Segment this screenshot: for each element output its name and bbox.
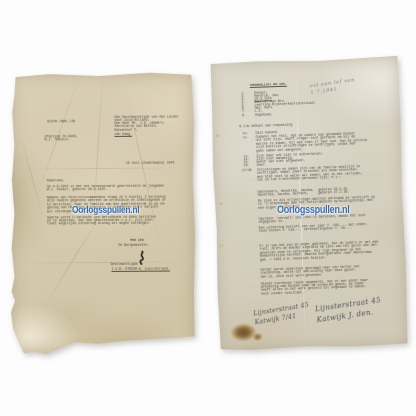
question-13-16-numbers: 13.14.15.16. xyxy=(243,156,249,169)
handwritten-note: ovl aan lef van1.7.1941 xyxy=(309,77,356,97)
watermark-right: Oorlogsspullen.nl xyxy=(277,204,349,216)
question-11-answer: Ondanks het feit, dat de ouders van geno… xyxy=(256,133,368,154)
question-17-answer: Inlichtingen en namen zijn van de famili… xyxy=(257,166,363,184)
paper-spot xyxy=(219,202,223,205)
sender-block: afdeling IV-5050,W.J. Theunis. xyxy=(44,136,77,143)
question-numbers: 1.2.3.4.5.6.7.8. xyxy=(241,93,246,118)
question-17-number: 17/18 xyxy=(242,169,252,173)
paper-crease xyxy=(19,132,45,224)
letter-date: 18 Juni (Zomermaand) 1943 xyxy=(126,163,175,167)
signature-left: Lijnsterstraat 45Katwijk 7/41 xyxy=(253,301,311,328)
signature-right: Lijnsterstraat 45Katwijk J. den. xyxy=(315,295,384,326)
watermark-left: Oorlogsspullen.nl xyxy=(72,204,139,216)
signature-ink xyxy=(137,251,146,265)
paper-spot xyxy=(216,134,220,137)
question-9-number: 9 t/m 10 xyxy=(239,125,255,129)
closing-role: De Burgemeester, xyxy=(118,244,149,248)
recipient-city: Den Haag. xyxy=(114,133,132,137)
paragraph-e: Verder wordt onderzoek gevraagd naar een… xyxy=(260,266,360,280)
paragraph-c: Een uitkering betreft van per jaar f. 10… xyxy=(259,223,368,234)
photo-of-documents: B/STR./BAV./JB afdeling IV-5050,W.J. The… xyxy=(0,0,416,416)
paragraph-d: Er is van het een en ander gebleken, dat… xyxy=(259,242,379,263)
fold-line xyxy=(14,167,190,169)
paragraph-3: Gaarne wordt U verzocht den betrokkene t… xyxy=(47,216,156,227)
salutation: Kameraad, xyxy=(47,180,65,184)
paragraph-1: Op 4-6-1943 is met het bovenvermeld gear… xyxy=(47,185,164,193)
recipient-block: Den Gevolmachtigde van den Leidervoor Zu… xyxy=(114,116,178,132)
paper-spot xyxy=(219,244,223,247)
fold-line xyxy=(14,261,190,263)
question-11-number: 11. xyxy=(243,137,249,141)
signoff-name: I.V.B. STROOM W. Zuid-Holland. xyxy=(111,268,170,272)
question-9-answer: Niet van toepassing xyxy=(255,124,292,129)
paragraph-f: Steeds hierboven reeds opgemerkt, dat er… xyxy=(261,279,369,296)
form-title: VRAGENLIJST No 104. xyxy=(250,84,287,89)
reference-number: B/STR./BAV./JB xyxy=(47,121,74,125)
ink-stain-small xyxy=(252,333,262,341)
question-answers: Donker,Hendrik, Jan,28.8.1925Gebr.J. van… xyxy=(254,90,315,117)
closing-salute: HOU ZEE xyxy=(130,239,144,243)
